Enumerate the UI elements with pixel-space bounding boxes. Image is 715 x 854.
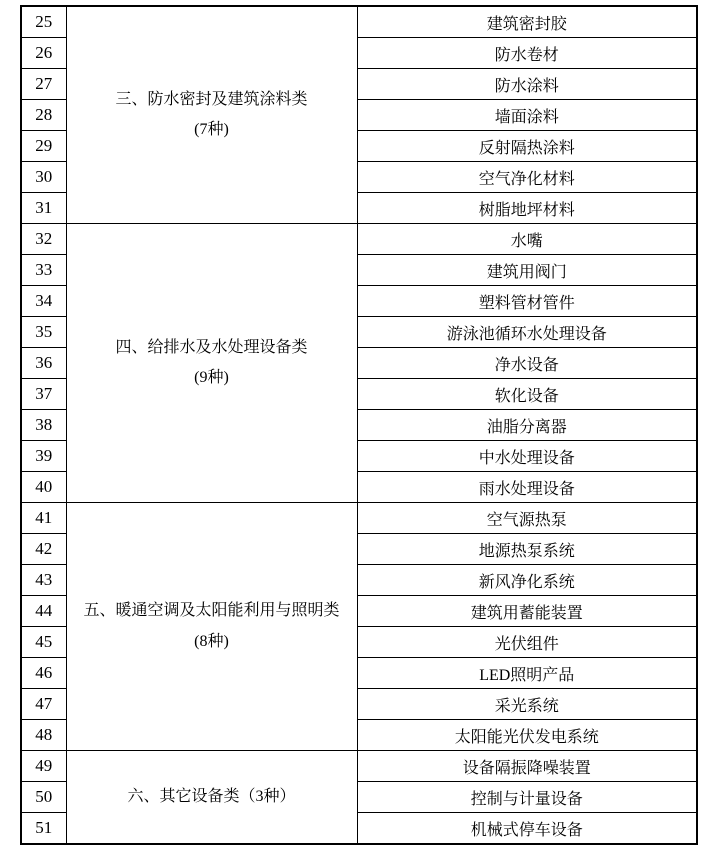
table-row: 49六、其它设备类（3种）设备隔振降噪装置 — [21, 751, 697, 782]
item-cell: 雨水处理设备 — [357, 472, 697, 503]
row-number-cell: 27 — [21, 69, 66, 100]
row-number-cell: 46 — [21, 658, 66, 689]
category-count: (9种) — [67, 363, 357, 393]
products-table: 25三、防水密封及建筑涂料类(7种)建筑密封胶26防水卷材27防水涂料28墙面涂… — [20, 5, 698, 845]
row-number-cell: 34 — [21, 286, 66, 317]
item-cell: 新风净化系统 — [357, 565, 697, 596]
item-cell: 水嘴 — [357, 224, 697, 255]
item-cell: 地源热泵系统 — [357, 534, 697, 565]
table-row: 32四、给排水及水处理设备类(9种)水嘴 — [21, 224, 697, 255]
row-number-cell: 50 — [21, 782, 66, 813]
item-cell: 防水卷材 — [357, 38, 697, 69]
row-number-cell: 25 — [21, 6, 66, 38]
item-cell: 建筑密封胶 — [357, 6, 697, 38]
item-cell: 建筑用蓄能装置 — [357, 596, 697, 627]
item-cell: 净水设备 — [357, 348, 697, 379]
row-number-cell: 37 — [21, 379, 66, 410]
row-number-cell: 51 — [21, 813, 66, 845]
row-number-cell: 40 — [21, 472, 66, 503]
item-cell: 墙面涂料 — [357, 100, 697, 131]
row-number-cell: 49 — [21, 751, 66, 782]
row-number-cell: 43 — [21, 565, 66, 596]
item-cell: 塑料管材管件 — [357, 286, 697, 317]
row-number-cell: 30 — [21, 162, 66, 193]
table-row: 25三、防水密封及建筑涂料类(7种)建筑密封胶 — [21, 6, 697, 38]
item-cell: 树脂地坪材料 — [357, 193, 697, 224]
row-number-cell: 44 — [21, 596, 66, 627]
category-name: 四、给排水及水处理设备类 — [67, 333, 357, 363]
table-row: 41五、暖通空调及太阳能利用与照明类(8种)空气源热泵 — [21, 503, 697, 534]
item-cell: 太阳能光伏发电系统 — [357, 720, 697, 751]
row-number-cell: 26 — [21, 38, 66, 69]
item-cell: 光伏组件 — [357, 627, 697, 658]
item-cell: 空气净化材料 — [357, 162, 697, 193]
item-cell: 油脂分离器 — [357, 410, 697, 441]
document-page: 25三、防水密封及建筑涂料类(7种)建筑密封胶26防水卷材27防水涂料28墙面涂… — [0, 0, 715, 854]
row-number-cell: 45 — [21, 627, 66, 658]
category-name: 六、其它设备类（3种） — [67, 782, 357, 812]
item-cell: 机械式停车设备 — [357, 813, 697, 845]
row-number-cell: 35 — [21, 317, 66, 348]
item-cell: LED照明产品 — [357, 658, 697, 689]
category-cell: 六、其它设备类（3种） — [66, 751, 357, 845]
category-name: 三、防水密封及建筑涂料类 — [67, 85, 357, 115]
row-number-cell: 31 — [21, 193, 66, 224]
item-cell: 控制与计量设备 — [357, 782, 697, 813]
category-cell: 五、暖通空调及太阳能利用与照明类(8种) — [66, 503, 357, 751]
item-cell: 软化设备 — [357, 379, 697, 410]
row-number-cell: 32 — [21, 224, 66, 255]
item-cell: 建筑用阀门 — [357, 255, 697, 286]
item-cell: 中水处理设备 — [357, 441, 697, 472]
item-cell: 空气源热泵 — [357, 503, 697, 534]
row-number-cell: 48 — [21, 720, 66, 751]
row-number-cell: 39 — [21, 441, 66, 472]
category-count: (8种) — [67, 627, 357, 657]
item-cell: 反射隔热涂料 — [357, 131, 697, 162]
row-number-cell: 47 — [21, 689, 66, 720]
row-number-cell: 38 — [21, 410, 66, 441]
row-number-cell: 42 — [21, 534, 66, 565]
item-cell: 采光系统 — [357, 689, 697, 720]
row-number-cell: 36 — [21, 348, 66, 379]
item-cell: 设备隔振降噪装置 — [357, 751, 697, 782]
row-number-cell: 33 — [21, 255, 66, 286]
row-number-cell: 28 — [21, 100, 66, 131]
item-cell: 防水涂料 — [357, 69, 697, 100]
row-number-cell: 41 — [21, 503, 66, 534]
category-count: (7种) — [67, 115, 357, 145]
row-number-cell: 29 — [21, 131, 66, 162]
category-name: 五、暖通空调及太阳能利用与照明类 — [67, 596, 357, 626]
category-cell: 三、防水密封及建筑涂料类(7种) — [66, 6, 357, 224]
category-cell: 四、给排水及水处理设备类(9种) — [66, 224, 357, 503]
item-cell: 游泳池循环水处理设备 — [357, 317, 697, 348]
